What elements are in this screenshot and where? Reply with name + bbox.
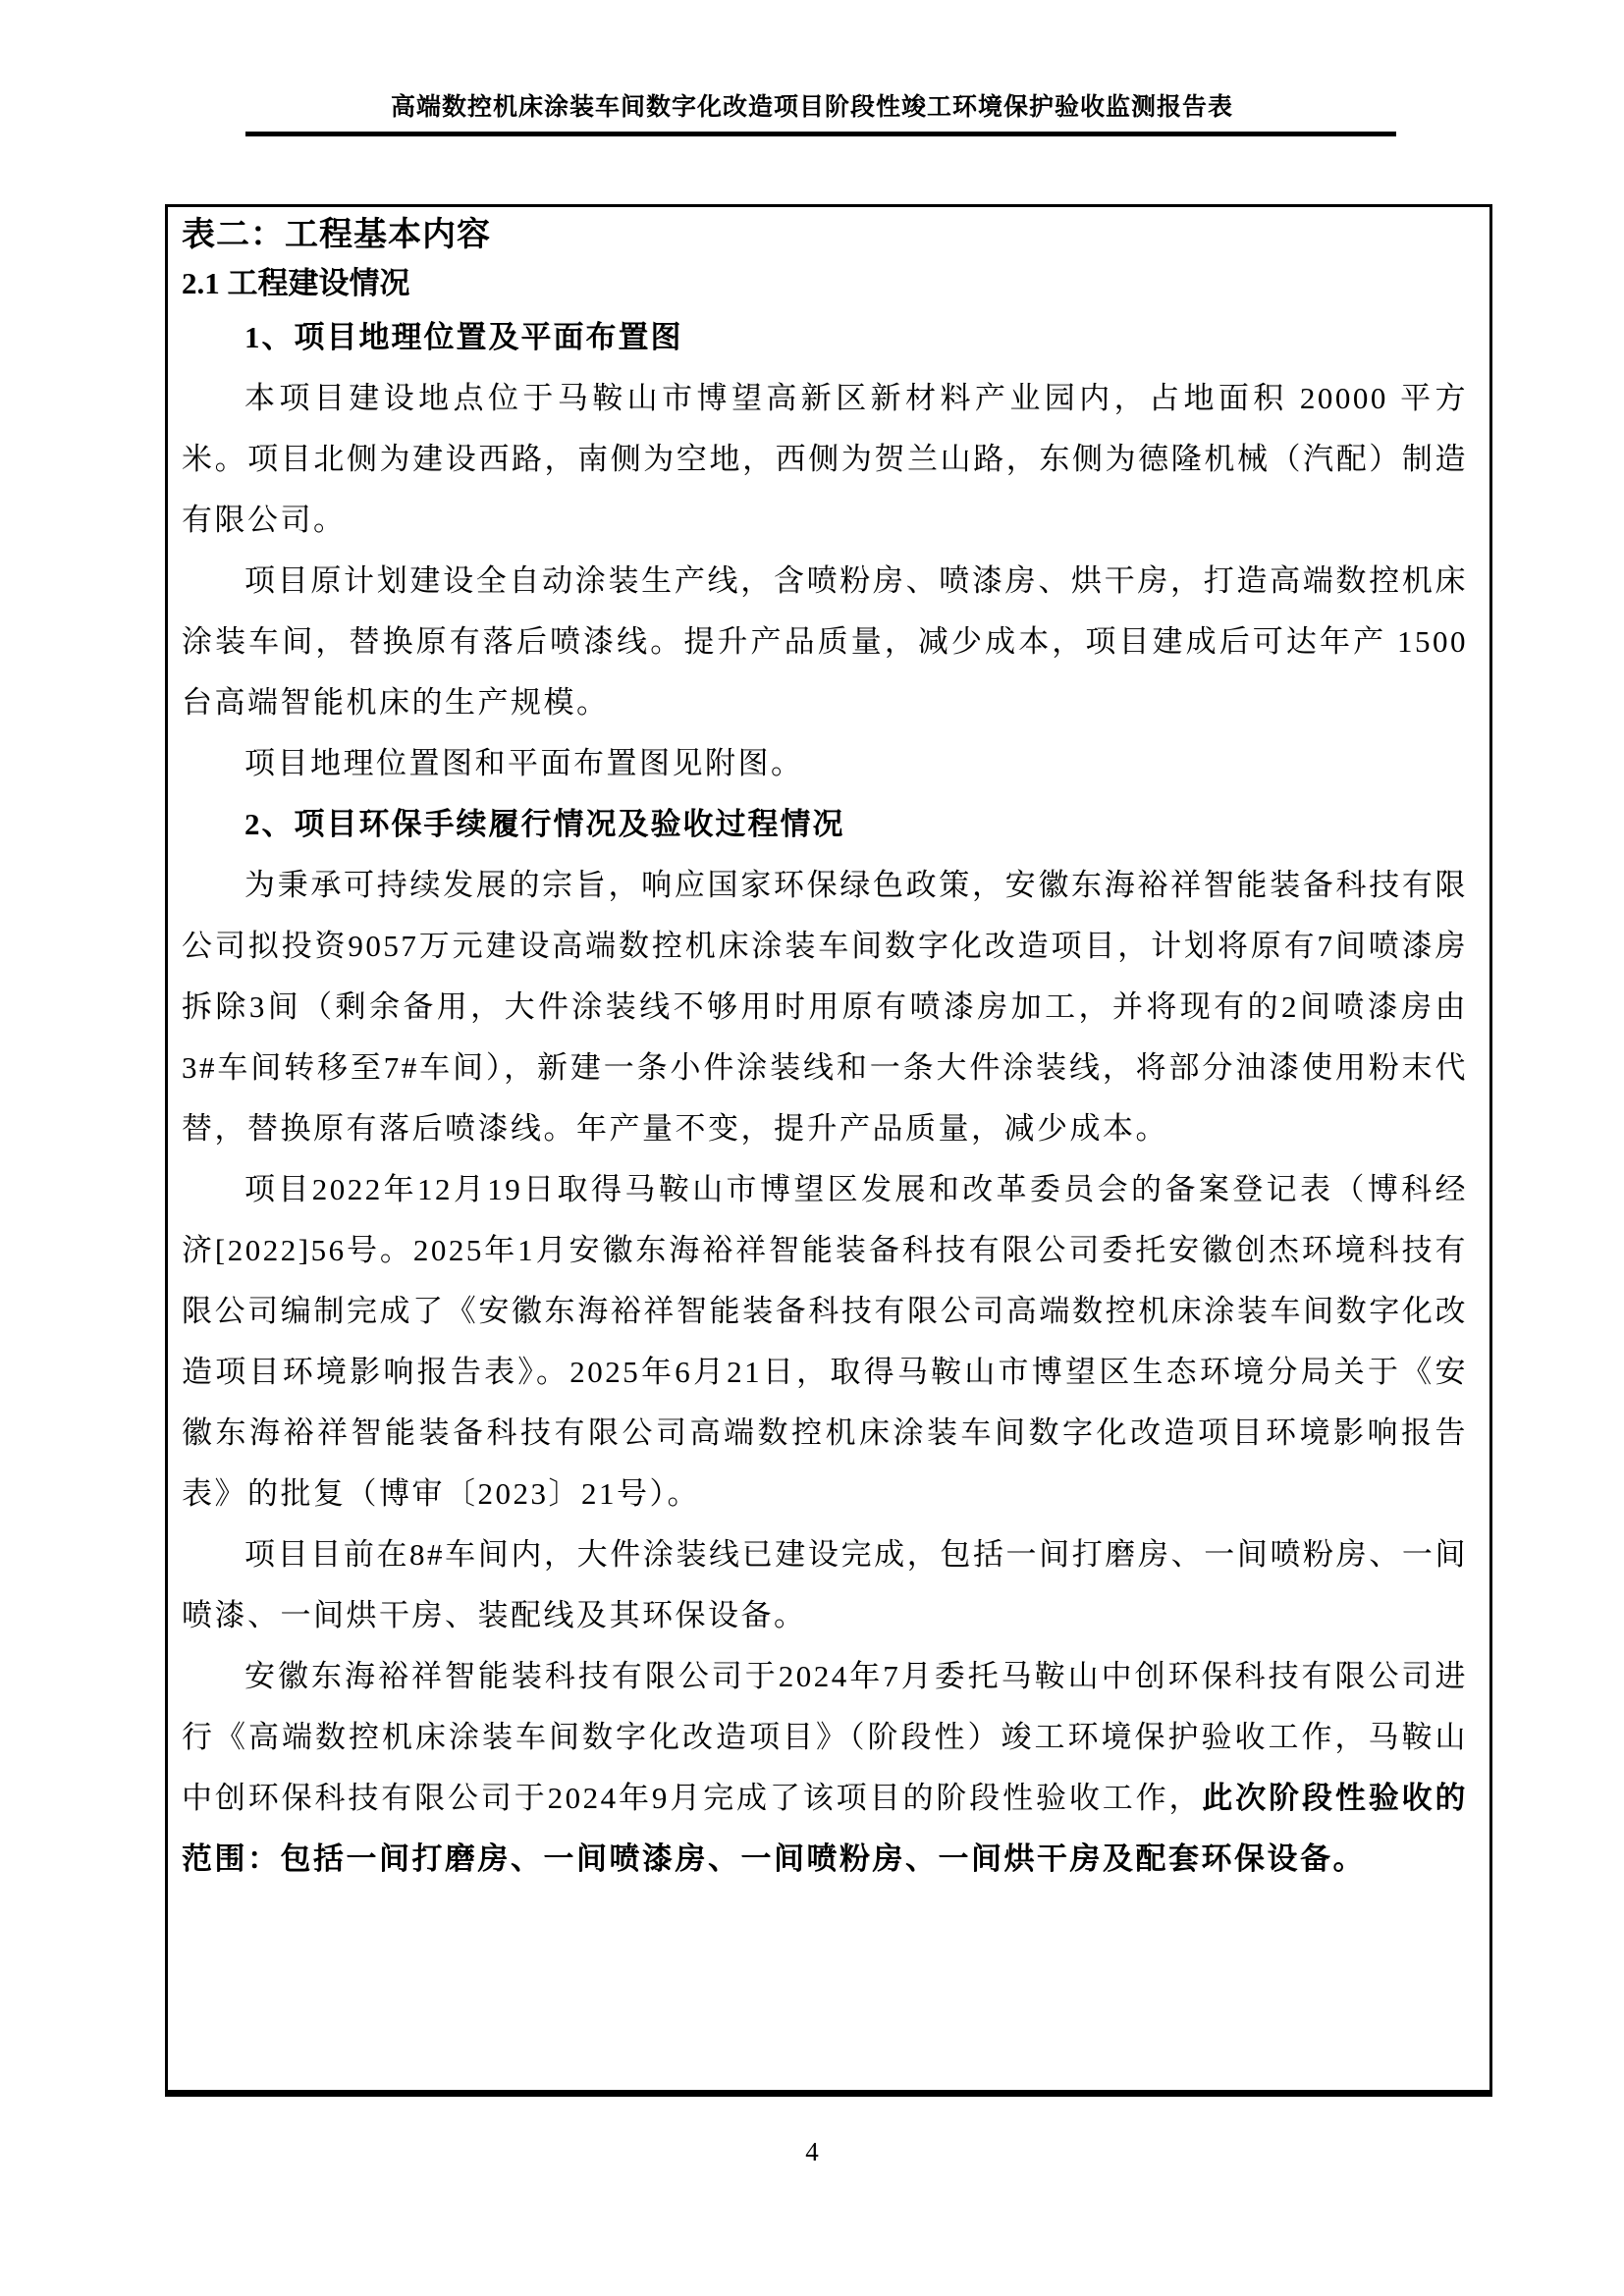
para-location: 本项目建设地点位于马鞍山市博望高新区新材料产业园内，占地面积 20000 平方米…: [182, 368, 1468, 551]
header-rule: [245, 132, 1396, 136]
page-header: 高端数控机床涂装车间数字化改造项目阶段性竣工环境保护验收监测报告表: [0, 0, 1624, 136]
section-title: 2.1 工程建设情况: [182, 260, 1468, 307]
report-table: 表二：工程基本内容 2.1 工程建设情况 1、项目地理位置及平面布置图 本项目建…: [165, 204, 1492, 2097]
para-policy-investment: 为秉承可持续发展的宗旨，响应国家环保绿色政策，安徽东海裕祥智能装备科技有限公司拟…: [182, 855, 1468, 1159]
page-number: 4: [0, 2135, 1624, 2168]
page-footer: 4: [0, 2135, 1624, 2168]
para-current-status: 项目目前在8#车间内，大件涂装线已建设完成，包括一间打磨房、一间喷粉房、一间喷漆…: [182, 1524, 1468, 1646]
document-page: 高端数控机床涂装车间数字化改造项目阶段性竣工环境保护验收监测报告表 表二：工程基…: [0, 0, 1624, 2296]
para-approval-history: 项目2022年12月19日取得马鞍山市博望区发展和改革委员会的备案登记表（博科经…: [182, 1159, 1468, 1524]
heading-environmental-procedure: 2、项目环保手续履行情况及验收过程情况: [182, 794, 1468, 855]
para-plan: 项目原计划建设全自动涂装生产线，含喷粉房、喷漆房、烘干房，打造高端数控机床涂装车…: [182, 551, 1468, 733]
table-title: 表二：工程基本内容: [182, 211, 1468, 260]
heading-location-layout: 1、项目地理位置及平面布置图: [182, 307, 1468, 368]
page-header-title: 高端数控机床涂装车间数字化改造项目阶段性竣工环境保护验收监测报告表: [0, 0, 1624, 128]
para-acceptance: 安徽东海裕祥智能装科技有限公司于2024年7月委托马鞍山中创环保科技有限公司进行…: [182, 1646, 1468, 1890]
para-map-reference: 项目地理位置图和平面布置图见附图。: [182, 733, 1468, 794]
